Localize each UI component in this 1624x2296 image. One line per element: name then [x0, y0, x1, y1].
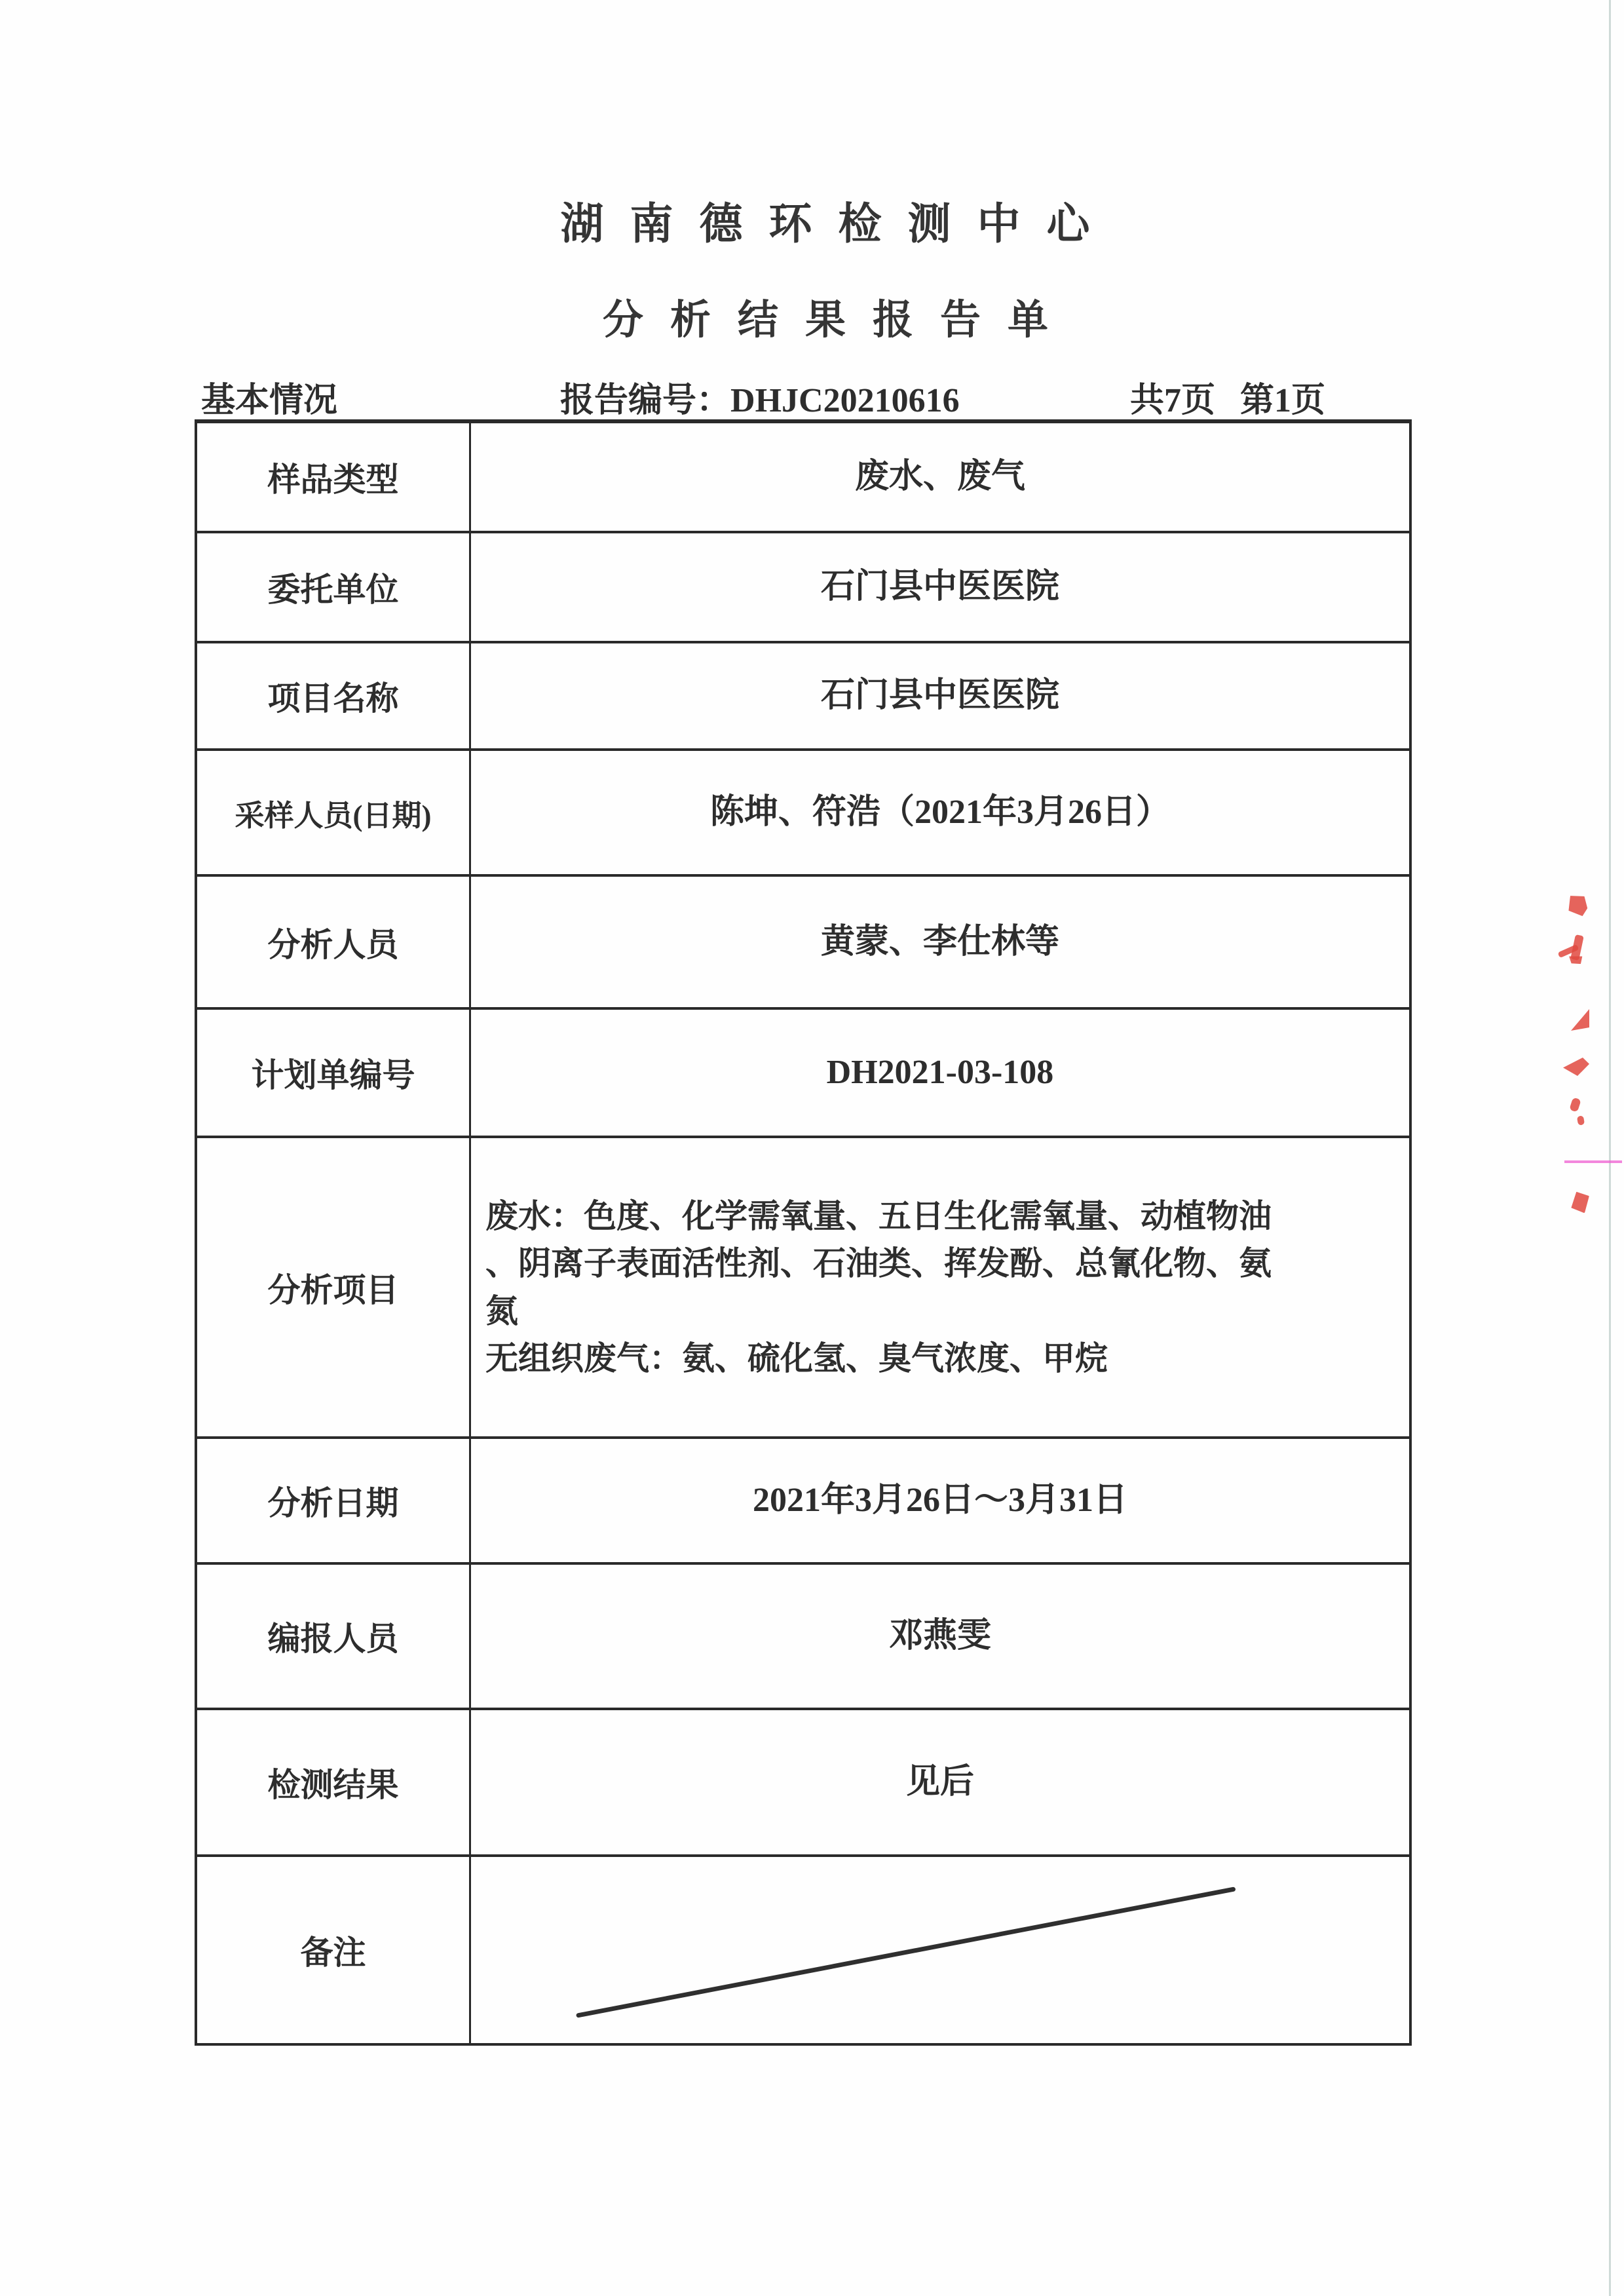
row-value: DH2021-03-108 — [471, 1010, 1409, 1136]
row-value: 陈坤、符浩（2021年3月26日） — [471, 751, 1409, 874]
table-header-strip: 基本情况 报告编号：DHJC20210616 共7页 第1页 — [195, 372, 1412, 415]
row-value: 废水、废气 — [471, 423, 1409, 531]
row-label: 备注 — [197, 1857, 471, 2043]
row-value: 黄蒙、李仕林等 — [471, 877, 1409, 1007]
row-value: 邓燕雯 — [471, 1565, 1409, 1708]
row-label: 委托单位 — [197, 533, 471, 641]
row-value: 2021年3月26日～3月31日 — [471, 1439, 1409, 1562]
row-label: 样品类型 — [197, 423, 471, 531]
row-value: 见后 — [471, 1710, 1409, 1854]
row-value: 石门县中医医院 — [471, 643, 1409, 748]
pages-total: 共7页 — [1130, 372, 1215, 421]
table-row: 检测结果见后 — [197, 1708, 1409, 1854]
report-page: 湖南德环检测中心 分析结果报告单 基本情况 报告编号：DHJC20210616 … — [0, 0, 1624, 2296]
table-row: 备注 — [197, 1854, 1409, 2043]
red-stamp-fragment — [1577, 1115, 1585, 1126]
report-number: 报告编号：DHJC20210616 — [560, 372, 960, 421]
row-label: 项目名称 — [197, 643, 471, 748]
red-stamp-fragment — [1566, 893, 1590, 917]
row-label: 分析项目 — [197, 1138, 471, 1436]
table-row: 分析人员黄蒙、李仕林等 — [197, 874, 1409, 1007]
table-row: 计划单编号DH2021-03-108 — [197, 1007, 1409, 1136]
row-value — [471, 1857, 1409, 2043]
row-value: 石门县中医医院 — [471, 533, 1409, 641]
row-label: 采样人员(日期) — [197, 751, 471, 874]
report-number-value: DHJC20210616 — [730, 382, 960, 419]
page-current: 第1页 — [1240, 372, 1325, 421]
table-row: 采样人员(日期)陈坤、符浩（2021年3月26日） — [197, 748, 1409, 874]
row-label: 分析日期 — [197, 1439, 471, 1562]
table-row: 分析项目废水：色度、化学需氧量、五日生化需氧量、动植物油 、阴离子表面活性剂、石… — [197, 1136, 1409, 1436]
report-number-label: 报告编号： — [560, 382, 730, 419]
table-row: 样品类型废水、废气 — [197, 423, 1409, 531]
row-label: 分析人员 — [197, 877, 471, 1007]
table-row: 项目名称石门县中医医院 — [197, 641, 1409, 748]
section-label: 基本情况 — [201, 372, 337, 421]
info-table: 样品类型废水、废气委托单位石门县中医医院项目名称石门县中医医院采样人员(日期)陈… — [195, 419, 1412, 2046]
red-stamp-fragment — [1571, 1191, 1590, 1214]
page-title: 湖南德环检测中心 — [0, 189, 1624, 251]
table-row: 委托单位石门县中医医院 — [197, 531, 1409, 641]
row-label: 计划单编号 — [197, 1010, 471, 1136]
row-label: 检测结果 — [197, 1710, 471, 1854]
pen-mark — [1564, 1160, 1622, 1163]
scan-edge-line — [1609, 0, 1611, 2296]
table-row: 编报人员邓燕雯 — [197, 1562, 1409, 1708]
pagination: 共7页 第1页 — [1130, 372, 1325, 421]
red-stamp-fragment — [1571, 1009, 1589, 1031]
red-stamp-fragment — [1563, 1058, 1589, 1076]
remark-diagonal-line — [471, 1857, 1409, 2043]
page-subtitle: 分析结果报告单 — [0, 287, 1624, 345]
row-label: 编报人员 — [197, 1565, 471, 1708]
row-value: 废水：色度、化学需氧量、五日生化需氧量、动植物油 、阴离子表面活性剂、石油类、挥… — [471, 1138, 1409, 1436]
red-stamp-fragment — [1569, 1097, 1581, 1112]
table-row: 分析日期2021年3月26日～3月31日 — [197, 1436, 1409, 1562]
